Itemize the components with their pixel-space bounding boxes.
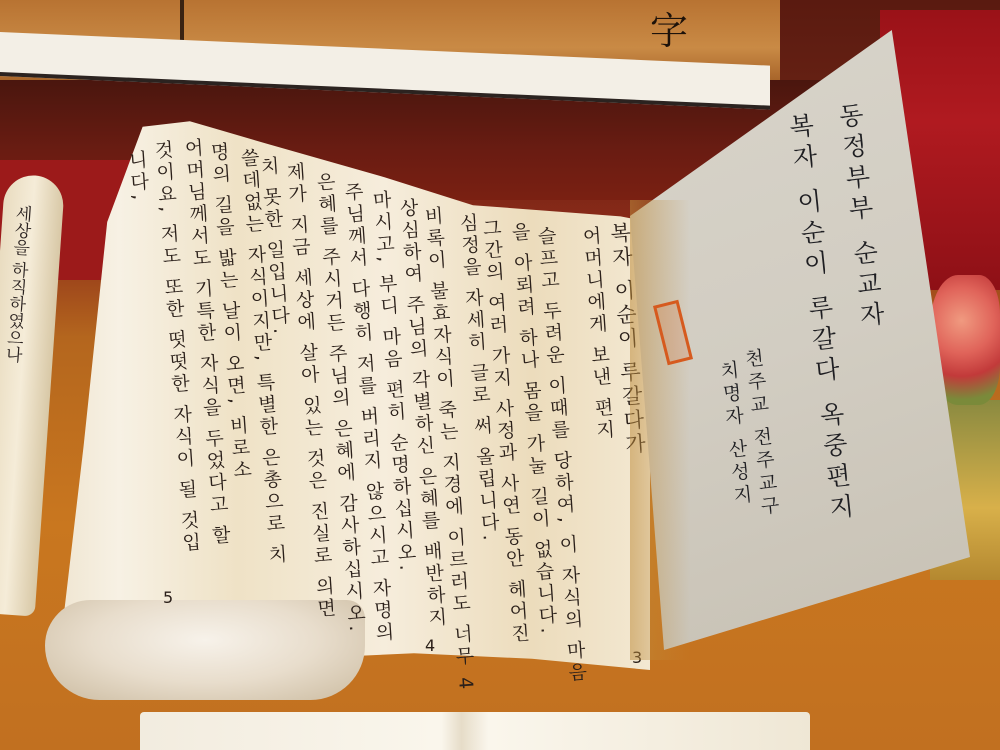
left-roll-text: 세상을 하직하였으나 <box>0 204 33 585</box>
scroll-text-column: 니다, <box>124 149 152 204</box>
calligraphy-stroke: 字 <box>650 0 688 55</box>
left-scroll-roll: 세상을 하직하였으나 <box>0 173 65 616</box>
page-number: 5 <box>163 588 173 607</box>
cover-fold-shadow <box>630 200 690 660</box>
open-book-bottom <box>140 712 810 750</box>
frame-seam <box>180 0 184 40</box>
left-roll-column: 세상을 하직하였으나 <box>0 204 33 585</box>
page-number: 4 <box>425 636 435 655</box>
